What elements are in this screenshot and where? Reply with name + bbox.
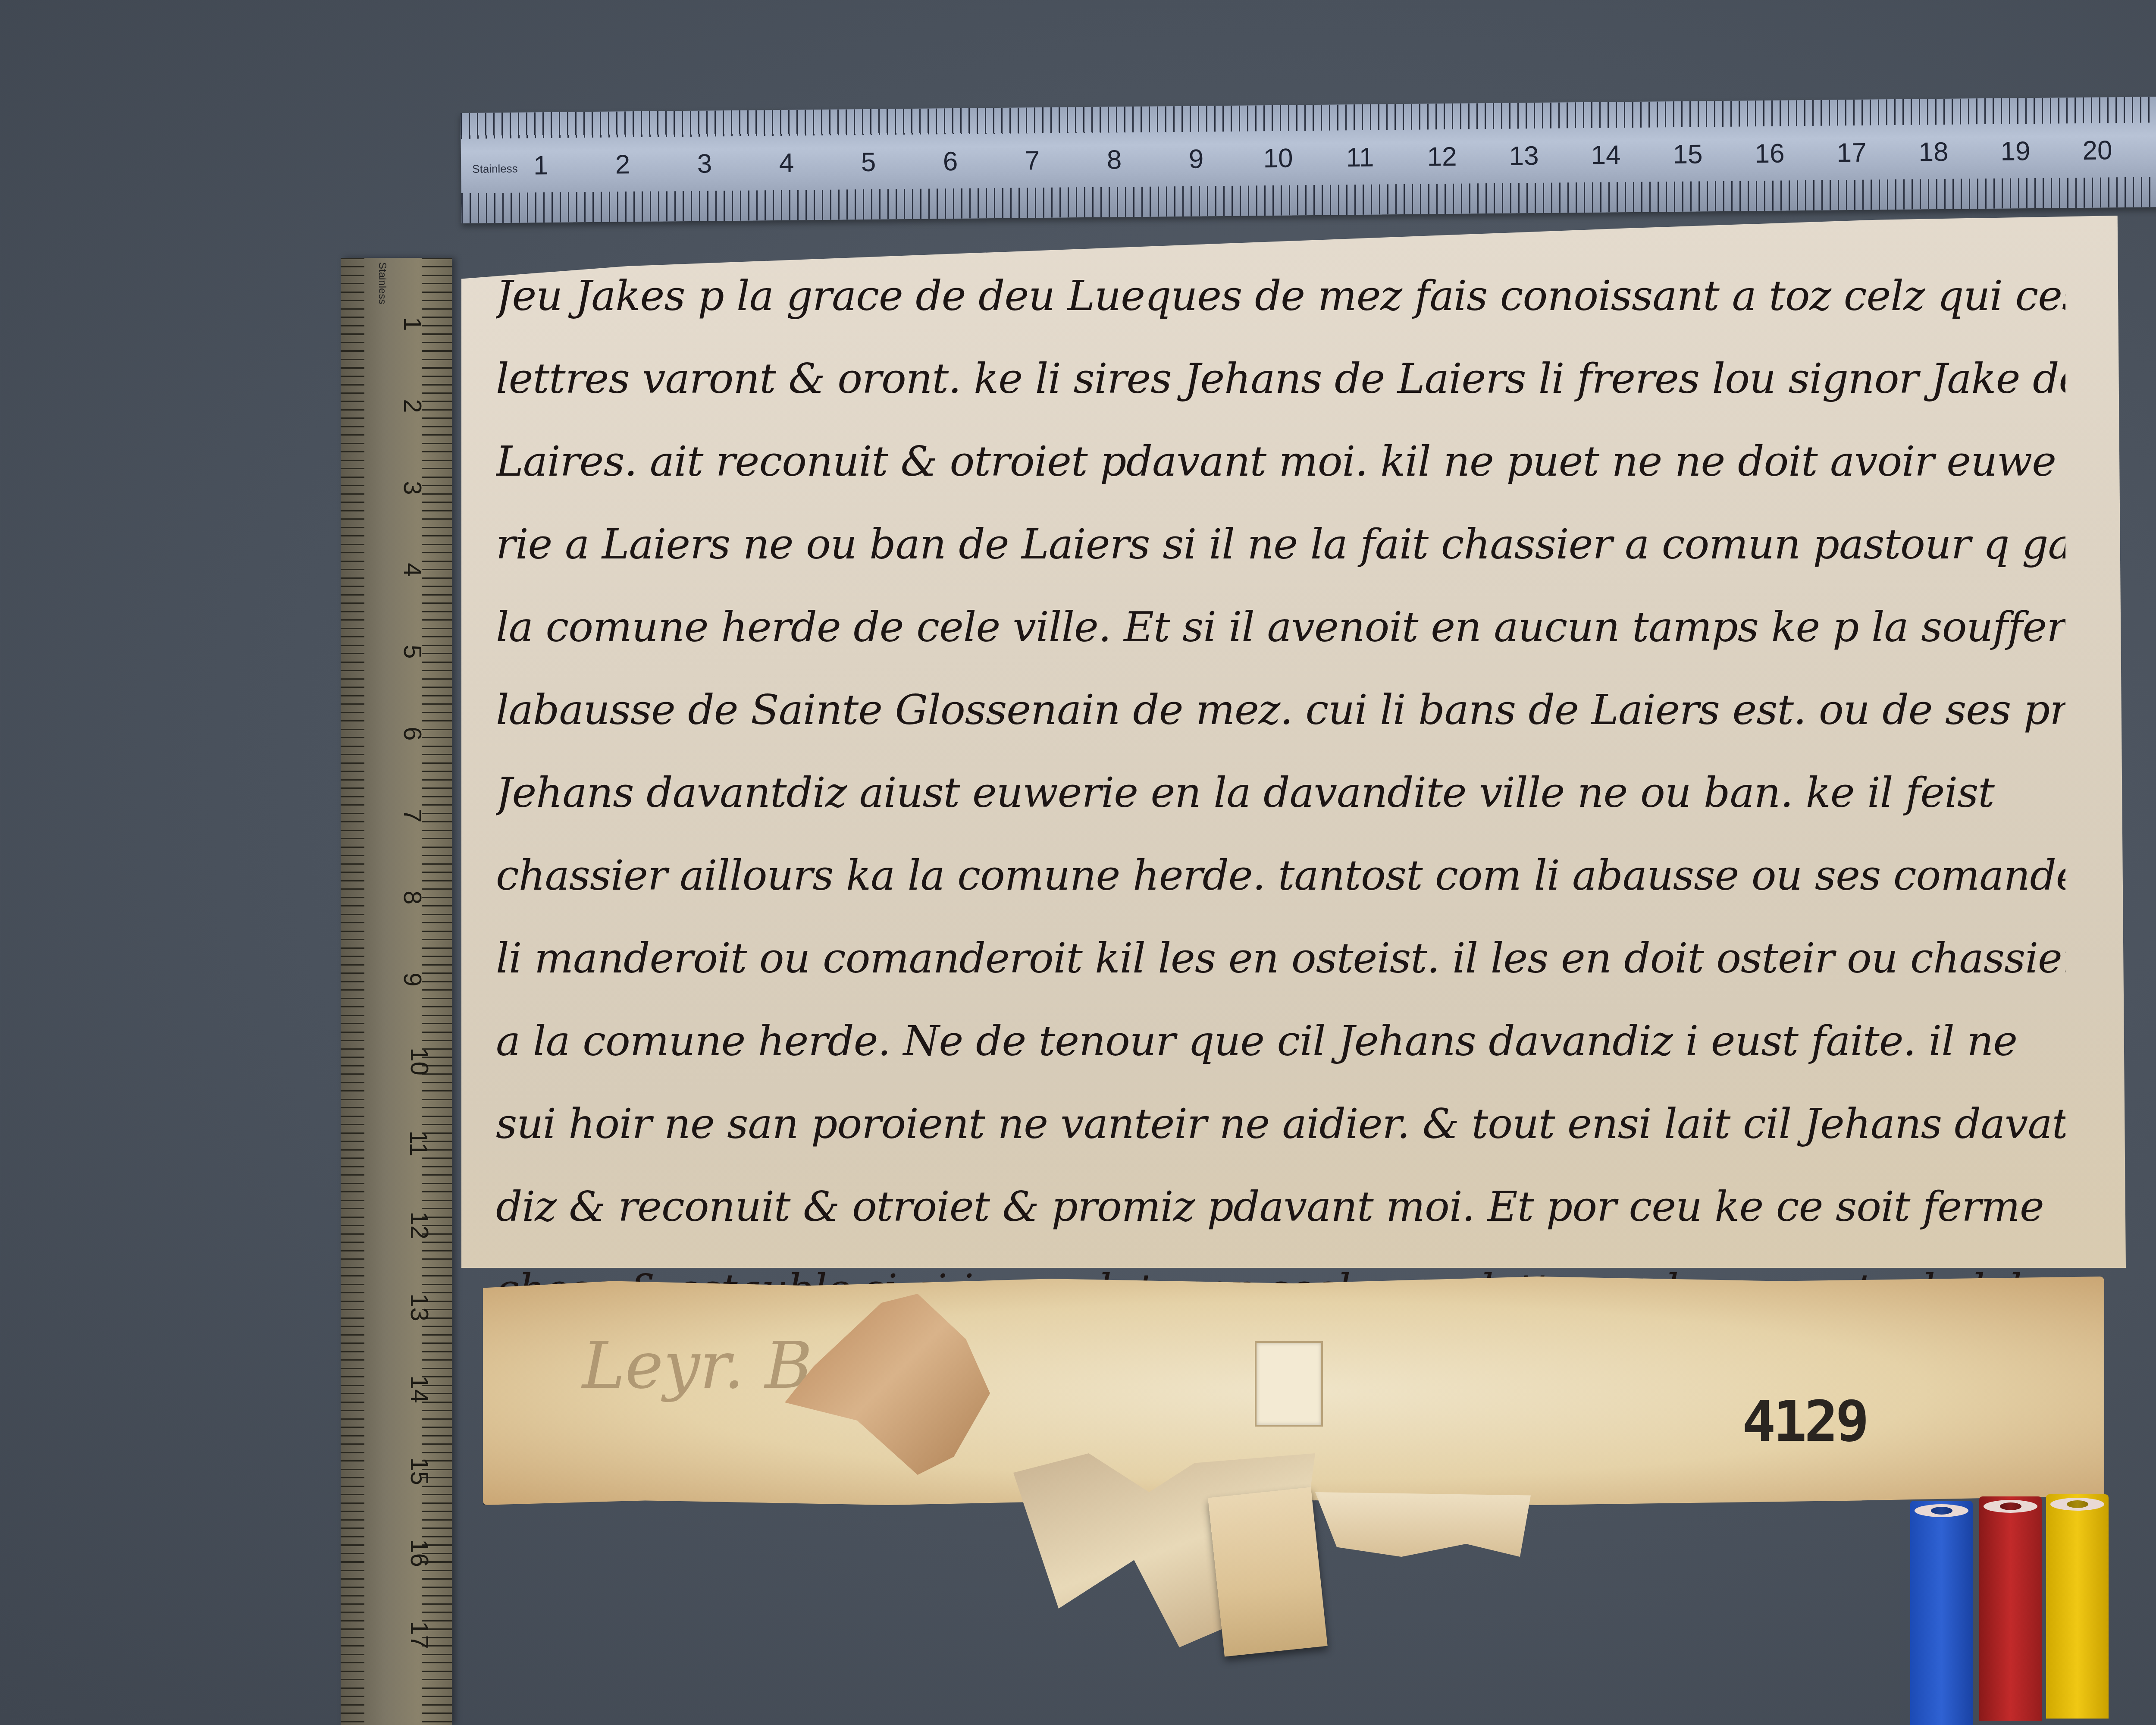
ruler-number: 8 [398, 891, 427, 904]
ruler-number: 19 [2000, 136, 2031, 167]
ruler-ticks [422, 258, 452, 1725]
ruler-number: 12 [1427, 141, 1457, 172]
charter-line: a la comune herde. Ne de tenour que cil … [496, 1000, 2065, 1082]
charter-line: diz & reconuit & otroiet & promiz pdavan… [496, 1165, 2065, 1248]
ruler-number: 13 [405, 1293, 434, 1321]
ruler-number: 7 [398, 809, 427, 822]
ruler-number: 12 [405, 1211, 434, 1239]
seal-tag-strip [1315, 1492, 1531, 1557]
ruler-number: 5 [861, 147, 876, 178]
blue-pencil [1910, 1501, 1973, 1725]
charter-line: chassier aillours ka la comune herde. ta… [496, 834, 2065, 917]
charter-line: sui hoir ne san poroient ne vanteir ne a… [496, 1082, 2065, 1165]
ruler-brand-label: Stainless [472, 162, 518, 176]
seal-tag-strip [1208, 1487, 1327, 1656]
vertical-ruler: Stainless 1 2 3 4 5 6 7 8 9 10 11 12 13 … [341, 258, 452, 1725]
ruler-number: 14 [405, 1375, 434, 1403]
ruler-number: 17 [405, 1621, 434, 1649]
ruler-number: 17 [1836, 138, 1867, 169]
ruler-number: 6 [943, 146, 958, 177]
charter-line: labausse de Sainte Glossenain de mez. cu… [496, 668, 2065, 751]
horizontal-ruler: Stainless 1 2 3 4 5 6 7 8 9 10 11 12 13 … [461, 93, 2156, 223]
ruler-number: 18 [1918, 137, 1949, 168]
ruler-number: 10 [405, 1048, 434, 1076]
photo-scene: Stainless 1 2 3 4 5 6 7 8 9 10 11 12 13 … [0, 0, 2156, 1725]
archive-number-stamp: 4129 [1742, 1389, 1867, 1454]
seal-slit [1255, 1341, 1323, 1427]
ruler-number: 16 [1755, 138, 1785, 169]
ruler-number: 14 [1591, 140, 1621, 171]
yellow-pencil [2046, 1494, 2109, 1719]
ruler-number: 2 [615, 149, 630, 180]
charter-line: Jeu Jakes p la grace de deu Lueques de m… [496, 254, 2065, 337]
charter-line: Laires. ait reconuit & otroiet pdavant m… [496, 420, 2065, 503]
ruler-number: 11 [1346, 142, 1374, 173]
ruler-number: 13 [1509, 141, 1539, 172]
ruler-number: 3 [697, 148, 712, 179]
red-pencil [1979, 1496, 2042, 1721]
ruler-ticks [341, 258, 364, 1725]
pencil-annotation: Leyr. B [582, 1328, 812, 1403]
ruler-number: 2 [398, 399, 427, 413]
charter-line: li manderoit ou comanderoit kil les en o… [496, 917, 2065, 1000]
charter-line: la comune herde de cele ville. Et si il … [496, 586, 2065, 668]
ruler-number: 3 [398, 481, 427, 495]
ruler-brand-label: Stainless [376, 262, 388, 304]
ruler-number: 1 [533, 150, 548, 181]
ruler-number: 9 [1189, 144, 1204, 174]
ruler-number: 5 [398, 645, 427, 659]
ruler-number: 16 [405, 1539, 434, 1567]
ruler-number: 11 [404, 1130, 433, 1156]
charter-line: lettres varont & oront. ke li sires Jeha… [496, 337, 2065, 420]
ruler-ticks [461, 93, 2156, 139]
ruler-ticks [461, 172, 2156, 223]
ruler-number: 4 [398, 563, 427, 577]
ruler-number: 15 [405, 1457, 434, 1485]
ruler-number: 4 [779, 148, 794, 179]
ruler-number: 10 [1263, 143, 1293, 174]
ruler-number: 8 [1107, 144, 1122, 175]
charter-line: Jehans davantdiz aiust euwerie en la dav… [496, 751, 2065, 834]
ruler-number: 7 [1025, 145, 1040, 176]
charter-line: rie a Laiers ne ou ban de Laiers si il n… [496, 503, 2065, 586]
ruler-number: 9 [398, 972, 427, 986]
ruler-number: 15 [1673, 139, 1703, 170]
ruler-number: 6 [398, 727, 427, 740]
ruler-number: 20 [2082, 135, 2112, 166]
ruler-number: 1 [398, 317, 427, 331]
